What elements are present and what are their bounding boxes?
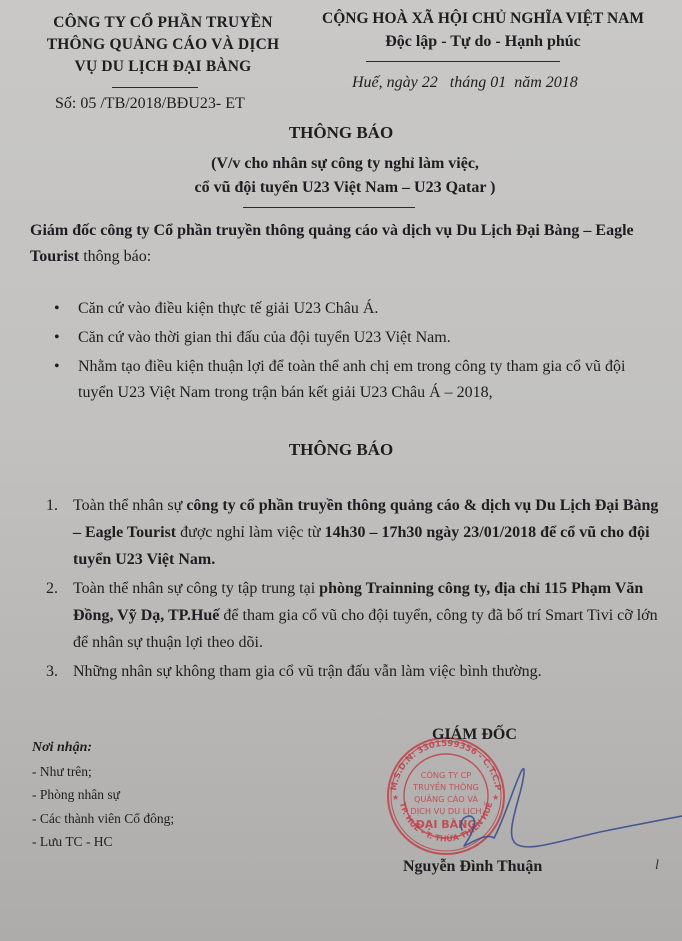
margin-mark: l xyxy=(655,858,659,874)
company-name-header: CÔNG TY CỔ PHẦN TRUYỀN THÔNG QUẢNG CÁO V… xyxy=(28,12,298,78)
intro-normal: thông báo: xyxy=(79,248,151,265)
svg-text:★: ★ xyxy=(392,793,399,802)
item-text: Toàn thể nhân sự công ty tập trung tại xyxy=(73,580,319,597)
subject-line-2: cổ vũ đội tuyển U23 Việt Nam – U23 Qatar… xyxy=(100,176,590,200)
announcement-items: 1. Toàn thể nhân sự công ty cổ phần truy… xyxy=(46,492,666,687)
recipient-item: - Các thành viên Cổ đông; xyxy=(32,807,174,831)
item-text: được nghỉ làm việc từ xyxy=(176,524,324,541)
recipient-item: - Như trên; xyxy=(32,760,174,784)
subject-line-1: (V/v cho nhân sự công ty nghỉ làm việc, xyxy=(100,152,590,176)
list-item: 3. Những nhân sự không tham gia cổ vũ tr… xyxy=(46,658,666,685)
signature-icon xyxy=(460,760,682,860)
recipient-item: - Lưu TC - HC xyxy=(32,830,174,854)
list-item: Căn cứ vào điều kiện thực tế giải U23 Ch… xyxy=(52,296,662,322)
signer-name: Nguyễn Đình Thuận xyxy=(403,858,542,876)
place-date: Huế, ngày 22 tháng 01 năm 2018 xyxy=(352,74,578,92)
section-title: THÔNG BÁO xyxy=(0,440,682,460)
header-left-divider xyxy=(112,87,198,88)
document-number: Số: 05 /TB/2018/BĐU23- ET xyxy=(55,95,245,113)
company-name-line-3: VỤ DU LỊCH ĐẠI BÀNG xyxy=(28,56,298,78)
company-name-line-1: CÔNG TY CỔ PHẦN TRUYỀN xyxy=(28,12,298,34)
list-item: 1. Toàn thể nhân sự công ty cổ phần truy… xyxy=(46,492,666,573)
recipients-block: Nơi nhận: - Như trên; - Phòng nhân sự - … xyxy=(32,736,174,854)
document-subject: (V/v cho nhân sự công ty nghỉ làm việc, … xyxy=(100,152,590,200)
document-title: THÔNG BÁO xyxy=(0,123,682,143)
title-divider xyxy=(243,207,415,208)
grounds-list: Căn cứ vào điều kiện thực tế giải U23 Ch… xyxy=(52,296,662,409)
company-name-line-2: THÔNG QUẢNG CÁO VÀ DỊCH xyxy=(28,34,298,56)
nation-title: CỘNG HOÀ XÃ HỘI CHỦ NGHĨA VIỆT NAM xyxy=(296,8,670,30)
list-item: Nhằm tạo điều kiện thuận lợi để toàn thể… xyxy=(52,354,662,406)
list-item: 2. Toàn thể nhân sự công ty tập trung tạ… xyxy=(46,575,666,656)
item-number: 1. xyxy=(46,492,58,519)
list-item: Căn cứ vào thời gian thi đấu của đội tuy… xyxy=(52,325,662,351)
item-text: Những nhân sự không tham gia cổ vũ trận … xyxy=(73,663,542,680)
national-header: CỘNG HOÀ XÃ HỘI CHỦ NGHĨA VIỆT NAM Độc l… xyxy=(296,8,670,54)
signer-title: GIÁM ĐỐC xyxy=(432,726,517,744)
item-number: 3. xyxy=(46,658,58,685)
item-text: Toàn thể nhân sự xyxy=(73,497,186,514)
item-number: 2. xyxy=(46,575,58,602)
recipients-heading: Nơi nhận: xyxy=(32,736,174,760)
national-motto: Độc lập - Tự do - Hạnh phúc xyxy=(296,30,670,54)
intro-paragraph: Giám đốc công ty Cổ phần truyền thông qu… xyxy=(30,218,670,270)
recipient-item: - Phòng nhân sự xyxy=(32,783,174,807)
header-right-divider xyxy=(366,61,560,62)
